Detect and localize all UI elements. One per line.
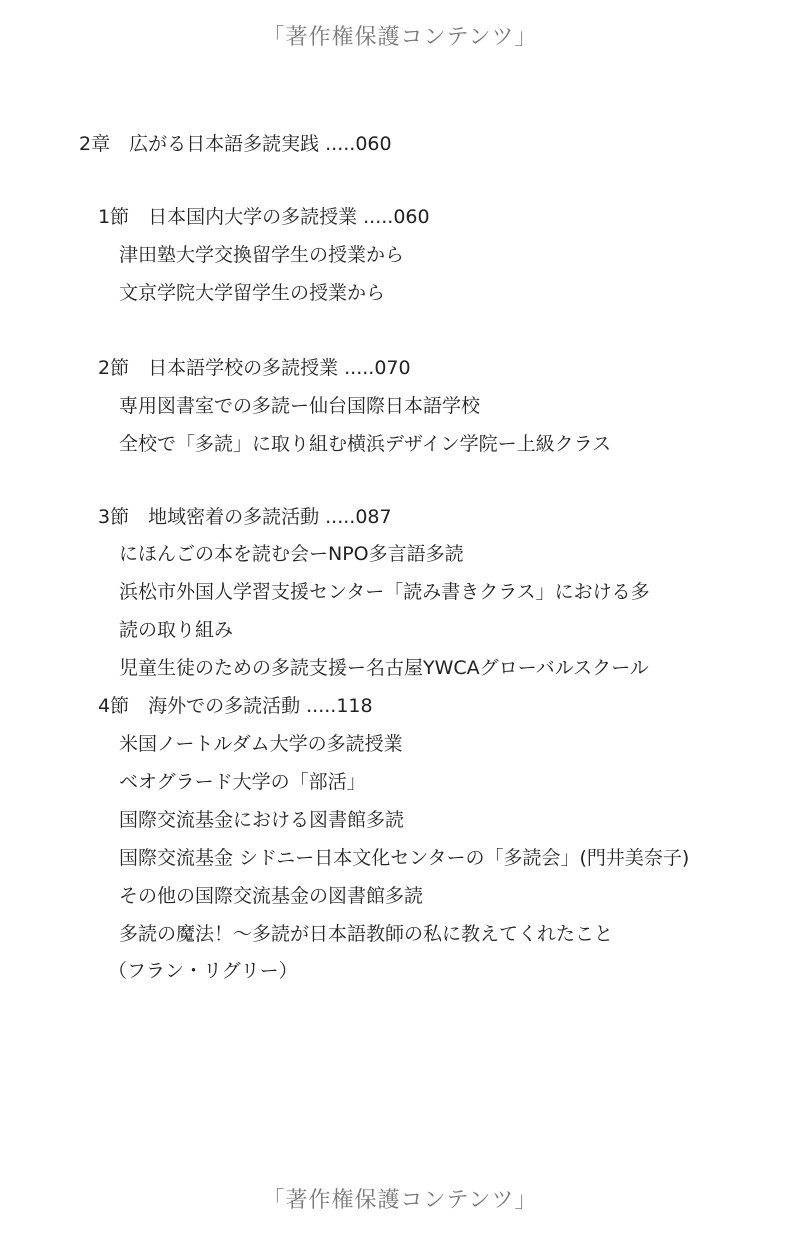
toc-item: 多読の魔法！〜多読が日本語教師の私に教えてくれたこと <box>119 922 613 946</box>
toc-item: 国際交流基金における図書館多読 <box>119 808 404 832</box>
toc-item: ベオグラード大学の「部活」 <box>119 770 366 794</box>
toc-item: にほんごの本を読む会ーNPO多言語多読 <box>119 542 464 566</box>
toc-item: 津田塾大学交換留学生の授業から <box>119 243 404 267</box>
toc-item: 児童生徒のための多読支援ー名古屋YWCAグローバルスクール <box>119 656 649 680</box>
toc-item: 米国ノートルダム大学の多読授業 <box>119 732 403 756</box>
section-heading-3: 3節 地域密着の多読活動 .....087 <box>98 505 392 529</box>
toc-item: 国際交流基金 シドニー日本文化センターの「多読会」(門井美奈子) <box>119 846 689 870</box>
toc-item-author: （フラン・リグリー） <box>108 959 298 983</box>
toc-item: 全校で「多読」に取り組む横浜デザイン学院ー上級クラス <box>119 432 611 456</box>
toc-item: その他の国際交流基金の図書館多読 <box>119 884 423 908</box>
section-heading-2: 2節 日本語学校の多読授業 .....070 <box>98 356 411 380</box>
section-heading-1: 1節 日本国内大学の多読授業 .....060 <box>98 205 430 229</box>
toc-item: 文京学院大学留学生の授業から <box>119 281 385 305</box>
toc-item-continuation: 読の取り組み <box>119 618 233 642</box>
toc-item: 専用図書室での多読ー仙台国際日本語学校 <box>119 394 480 418</box>
chapter-heading: 2章 広がる日本語多読実践 .....060 <box>79 132 392 156</box>
watermark-bottom: 「著作権保護コンテンツ」 <box>0 1183 800 1214</box>
watermark-top: 「著作権保護コンテンツ」 <box>0 20 800 51</box>
toc-item: 浜松市外国人学習支援センター「読み書きクラス」における多 <box>119 580 650 604</box>
section-heading-4: 4節 海外での多読活動 .....118 <box>98 694 373 718</box>
